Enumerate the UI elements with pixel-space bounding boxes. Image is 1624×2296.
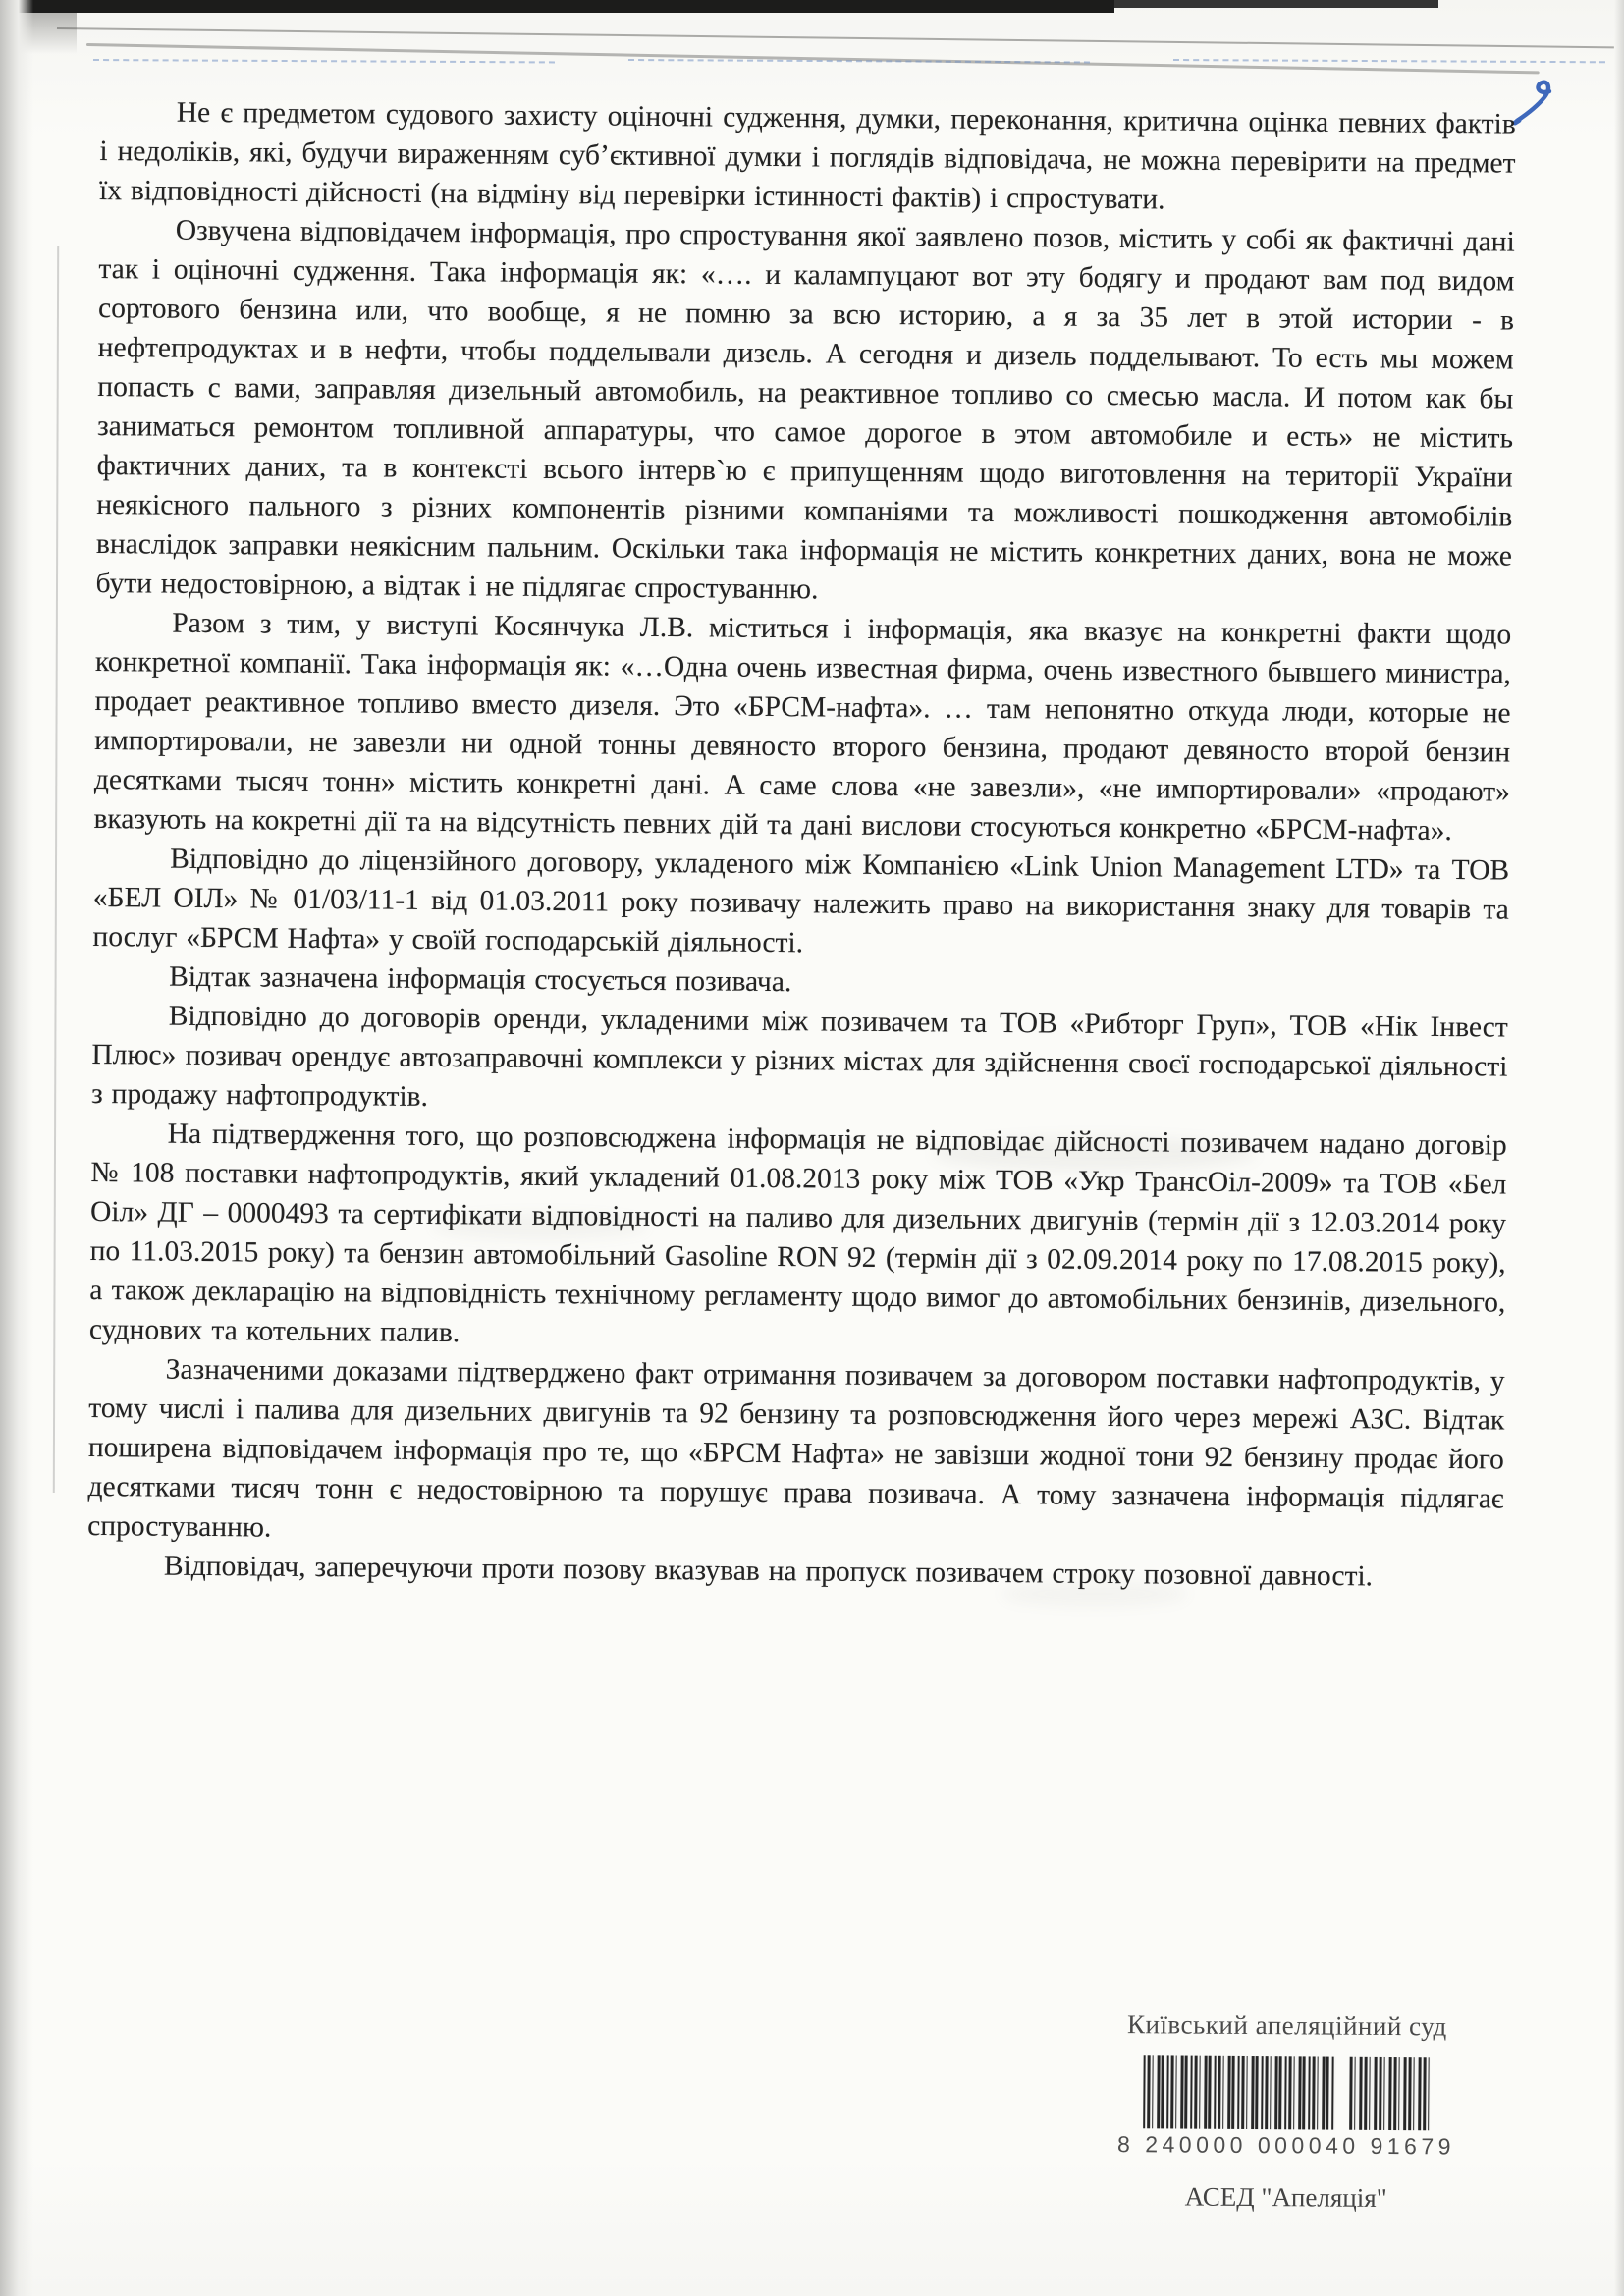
barcode-gap [1335,2057,1350,2130]
court-registration-block: Київський апеляційний суд 8 240000 00004… [1107,2009,1467,2214]
scanned-document-page: Не є предметом судового захисту оціночні… [0,0,1624,2296]
scan-edge-right [1614,0,1624,2296]
pen-mark-icon [1510,73,1567,128]
page-fold-line [53,246,59,1493]
paragraph: Відповідно до договорів оренди, укладени… [91,996,1508,1126]
paragraph: Разом з тим, у виступі Косянчука Л.В. мі… [93,603,1511,851]
barcode [1143,2055,1431,2130]
paragraph: Зазначеними доказами підтверджено факт о… [87,1349,1505,1558]
court-name: Київський апеляційний суд [1108,2009,1467,2043]
barcode-digits: 8 240000 000040 91679 [1107,2131,1466,2160]
paragraph: Не є предметом судового захисту оціночні… [99,92,1516,223]
scan-edge-top [0,0,1114,13]
ased-system-label: АСЕД "Апеляція" [1107,2181,1466,2214]
perforation-dash-segment [93,59,555,63]
perforation-dash-segment [628,59,1090,63]
paragraph: На підтвердження того, що розповсюджена … [89,1114,1507,1362]
scan-corner-shadow [0,13,77,54]
paragraph: Відповідно до ліцензійного договору, укл… [92,839,1509,969]
scan-edge-left [0,0,33,2296]
barcode-segment-addon [1349,2057,1431,2131]
sheet-edge-line [86,43,1540,74]
paragraph: Озвучена відповідачем інформація, про сп… [95,210,1514,616]
perforation-dash-segment [1173,59,1605,63]
sheet-edge-line [57,27,1614,48]
barcode-segment-main [1143,2055,1336,2129]
document-body: Не є предметом судового захисту оціночні… [87,92,1516,1598]
scan-edge-top-right [1114,0,1438,8]
